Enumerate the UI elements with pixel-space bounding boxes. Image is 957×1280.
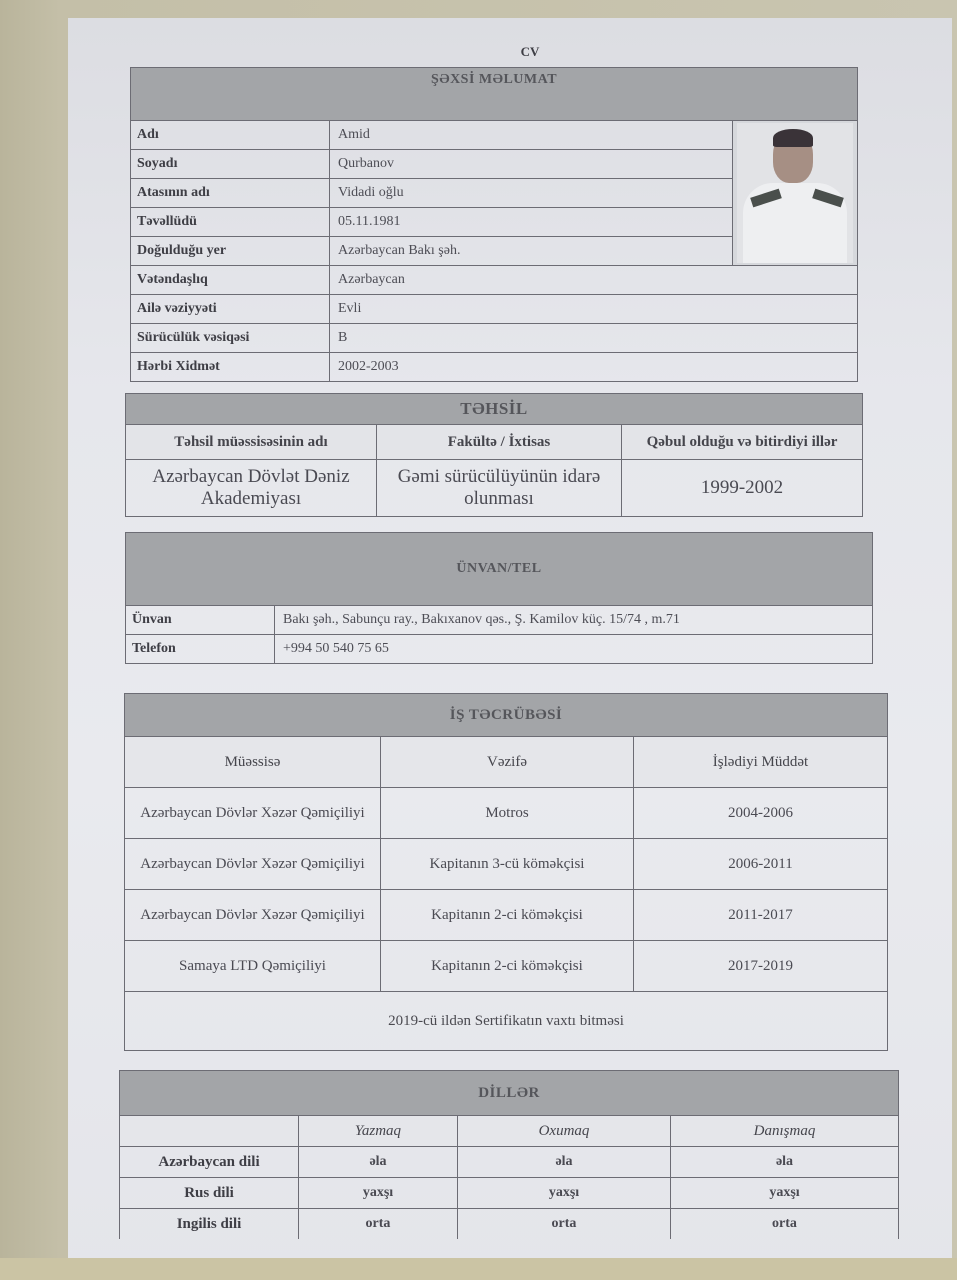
- column-header: Müəssisə: [125, 737, 381, 788]
- work-header: İŞ TƏCRÜBƏSİ: [125, 694, 888, 737]
- field-value: Azərbaycan Bakı şəh.: [330, 237, 733, 266]
- table-row: Ingilis dili orta orta orta: [120, 1209, 899, 1240]
- position-cell: Motros: [381, 788, 634, 839]
- field-value: +994 50 540 75 65: [275, 635, 873, 664]
- language-name: Azərbaycan dili: [120, 1147, 299, 1178]
- table-row: Adı Amid: [131, 121, 858, 150]
- table-row: Azərbaycan Dövlər Xəzər Qəmiçiliyi Motro…: [125, 788, 888, 839]
- table-row: Samaya LTD Qəmiçiliyi Kapitanın 2-ci köm…: [125, 941, 888, 992]
- education-header: TƏHSİL: [126, 394, 863, 425]
- table-row: Sürücülük vəsiqəsiB: [131, 324, 858, 353]
- table-surface: [0, 1258, 957, 1280]
- column-header: Yazmaq: [299, 1116, 458, 1147]
- column-header: Vəzifə: [381, 737, 634, 788]
- photo-cell: [733, 121, 858, 266]
- table-row: Ünvan Bakı şəh., Sabunçu ray., Bakıxanov…: [126, 606, 873, 635]
- column-header: İşlədiyi Müddət: [634, 737, 888, 788]
- field-value: Vidadi oğlu: [330, 179, 733, 208]
- column-header: Fakültə / İxtisas: [377, 425, 622, 460]
- field-label: Hərbi Xidmət: [131, 353, 330, 382]
- language-name: Ingilis dili: [120, 1209, 299, 1240]
- field-label: Sürücülük vəsiqəsi: [131, 324, 330, 353]
- table-row: Azərbaycan dili əla əla əla: [120, 1147, 899, 1178]
- field-value: Bakı şəh., Sabunçu ray., Bakıxanov qəs.,…: [275, 606, 873, 635]
- personal-info-header: ŞƏXSİ MƏLUMAT: [131, 68, 858, 121]
- period-cell: 2004-2006: [634, 788, 888, 839]
- company-cell: Azərbaycan Dövlər Xəzər Qəmiçiliyi: [125, 890, 381, 941]
- faculty-cell: Gəmi sürücülüyünün idarə olunması: [377, 460, 622, 517]
- field-value: Evli: [330, 295, 858, 324]
- table-row: Azərbaycan Dövlər Xəzər Qəmiçiliyi Kapit…: [125, 890, 888, 941]
- field-label: Adı: [131, 121, 330, 150]
- field-value: Qurbanov: [330, 150, 733, 179]
- writing-level: əla: [299, 1147, 458, 1178]
- hair-shape: [773, 129, 813, 147]
- institution-cell: Azərbaycan Dövlət Dəniz Akademiyası: [126, 460, 377, 517]
- years-cell: 1999-2002: [622, 460, 863, 517]
- speaking-level: yaxşı: [671, 1178, 899, 1209]
- languages-header: DİLLƏR: [120, 1071, 899, 1116]
- speaking-level: orta: [671, 1209, 899, 1240]
- reading-level: əla: [458, 1147, 671, 1178]
- table-row: Hərbi Xidmət2002-2003: [131, 353, 858, 382]
- table-row: Ailə vəziyyətiEvli: [131, 295, 858, 324]
- work-experience-table: İŞ TƏCRÜBƏSİ Müəssisə Vəzifə İşlədiyi Mü…: [124, 693, 888, 1051]
- table-row: 2019-cü ildən Sertifikatın vaxtı bitməsi: [125, 992, 888, 1051]
- company-cell: Azərbaycan Dövlər Xəzər Qəmiçiliyi: [125, 839, 381, 890]
- profile-photo: [737, 123, 853, 263]
- table-row: Telefon +994 50 540 75 65: [126, 635, 873, 664]
- address-table: ÜNVAN/TEL Ünvan Bakı şəh., Sabunçu ray.,…: [125, 532, 873, 664]
- column-header: Qəbul olduğu və bitirdiyi illər: [622, 425, 863, 460]
- table-row: Rus dili yaxşı yaxşı yaxşı: [120, 1178, 899, 1209]
- field-value: 05.11.1981: [330, 208, 733, 237]
- table-row: Azərbaycan Dövlər Xəzər Qəmiçiliyi Kapit…: [125, 839, 888, 890]
- writing-level: yaxşı: [299, 1178, 458, 1209]
- field-label: Soyadı: [131, 150, 330, 179]
- field-label: Doğulduğu yer: [131, 237, 330, 266]
- languages-table: DİLLƏR Yazmaq Oxumaq Danışmaq Azərbaycan…: [119, 1070, 899, 1239]
- position-cell: Kapitanın 2-ci köməkçisi: [381, 890, 634, 941]
- field-label: Ailə vəziyyəti: [131, 295, 330, 324]
- education-table: TƏHSİL Təhsil müəssisəsinin adı Fakültə …: [125, 393, 863, 517]
- table-row: Azərbaycan Dövlət Dəniz Akademiyası Gəmi…: [126, 460, 863, 517]
- field-value: 2002-2003: [330, 353, 858, 382]
- reading-level: orta: [458, 1209, 671, 1240]
- language-name: Rus dili: [120, 1178, 299, 1209]
- field-label: Təvəllüdü: [131, 208, 330, 237]
- address-header: ÜNVAN/TEL: [126, 533, 873, 606]
- document-title: CV: [500, 44, 560, 60]
- writing-level: orta: [299, 1209, 458, 1240]
- field-label: Vətəndaşlıq: [131, 266, 330, 295]
- field-value: Azərbaycan: [330, 266, 858, 295]
- position-cell: Kapitanın 2-ci köməkçisi: [381, 941, 634, 992]
- period-cell: 2006-2011: [634, 839, 888, 890]
- field-label: Atasının adı: [131, 179, 330, 208]
- column-header: Təhsil müəssisəsinin adı: [126, 425, 377, 460]
- personal-info-table: ŞƏXSİ MƏLUMAT Adı Amid SoyadıQurbanov At…: [130, 67, 858, 382]
- company-cell: Azərbaycan Dövlər Xəzər Qəmiçiliyi: [125, 788, 381, 839]
- position-cell: Kapitanın 3-cü köməkçisi: [381, 839, 634, 890]
- field-label: Ünvan: [126, 606, 275, 635]
- field-label: Telefon: [126, 635, 275, 664]
- field-value: Amid: [330, 121, 733, 150]
- work-note: 2019-cü ildən Sertifikatın vaxtı bitməsi: [125, 992, 888, 1051]
- column-header: Oxumaq: [458, 1116, 671, 1147]
- column-header: [120, 1116, 299, 1147]
- speaking-level: əla: [671, 1147, 899, 1178]
- reading-level: yaxşı: [458, 1178, 671, 1209]
- table-row: VətəndaşlıqAzərbaycan: [131, 266, 858, 295]
- column-header: Danışmaq: [671, 1116, 899, 1147]
- period-cell: 2017-2019: [634, 941, 888, 992]
- company-cell: Samaya LTD Qəmiçiliyi: [125, 941, 381, 992]
- period-cell: 2011-2017: [634, 890, 888, 941]
- field-value: B: [330, 324, 858, 353]
